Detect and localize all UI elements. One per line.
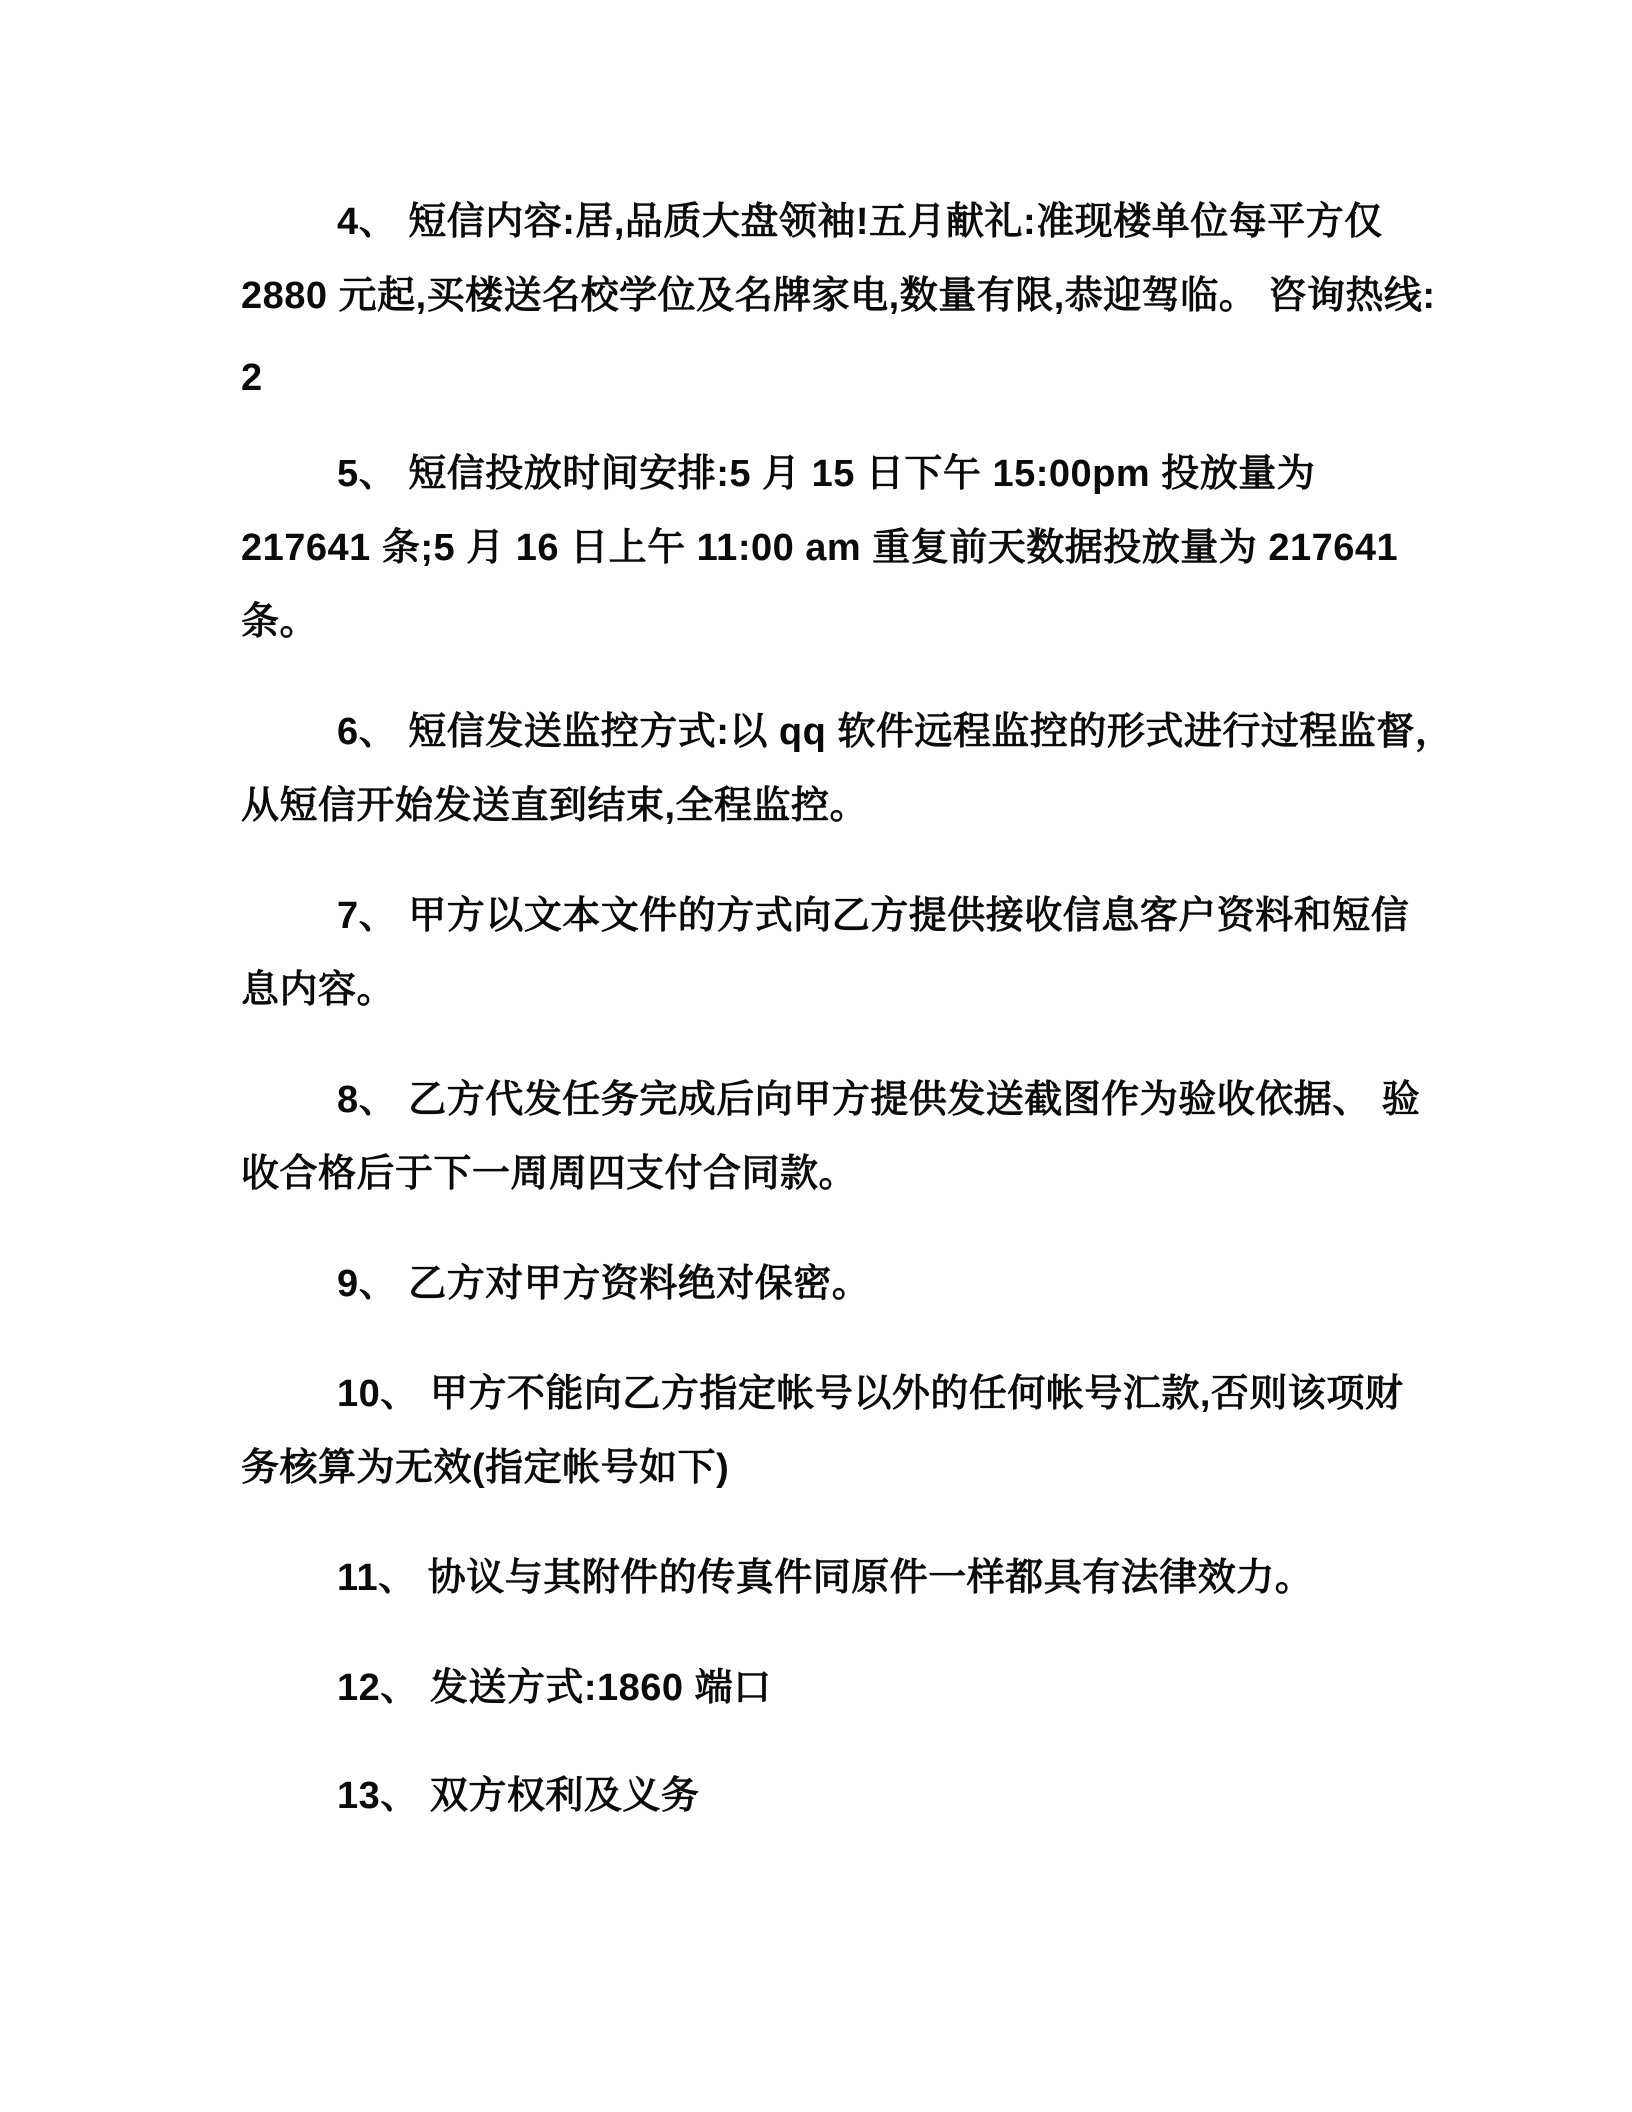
text-line: 7、 甲方以文本文件的方式向乙方提供接收信息客户资料和短信 (337, 894, 1409, 940)
text-line: 5、 短信投放时间安排:5 月 15 日下午 15:00pm 投放量为 (337, 452, 1315, 498)
text-line: 12、 发送方式:1860 端口 (337, 1666, 772, 1712)
text-line: 6、 短信发送监控方式:以 qq 软件远程监控的形式进行过程监督， (337, 710, 1453, 756)
document-page: 4、 短信内容:居,品质大盘领袖!五月献礼:准现楼单位每平方仅2880 元起,买… (0, 0, 1632, 2112)
text-line: 条。 (241, 600, 318, 646)
text-line: 务核算为无效(指定帐号如下) (241, 1446, 729, 1492)
text-line: 217641 条;5 月 16 日上午 11:00 am 重复前天数据投放量为 … (241, 526, 1398, 572)
text-line: 9、 乙方对甲方资料绝对保密。 (337, 1262, 870, 1308)
text-line: 11、 协议与其附件的传真件同原件一样都具有法律效力。 (337, 1556, 1313, 1602)
text-line: 息内容。 (241, 968, 395, 1014)
text-line: 收合格后于下一周周四支付合同款。 (241, 1152, 857, 1198)
text-line: 2880 元起,买楼送名校学位及名牌家电,数量有限,恭迎驾临。 咨询热线: (241, 274, 1435, 320)
text-line: 从短信开始发送直到结束,全程监控。 (241, 784, 868, 830)
text-line: 8、 乙方代发任务完成后向甲方提供发送截图作为验收依据、 验 (337, 1078, 1420, 1124)
text-line: 10、 甲方不能向乙方指定帐号以外的任何帐号汇款,否则该项财 (337, 1372, 1403, 1418)
text-line: 2 (241, 356, 263, 402)
text-line: 4、 短信内容:居,品质大盘领袖!五月献礼:准现楼单位每平方仅 (337, 200, 1383, 246)
text-line: 13、 双方权利及义务 (337, 1774, 699, 1820)
